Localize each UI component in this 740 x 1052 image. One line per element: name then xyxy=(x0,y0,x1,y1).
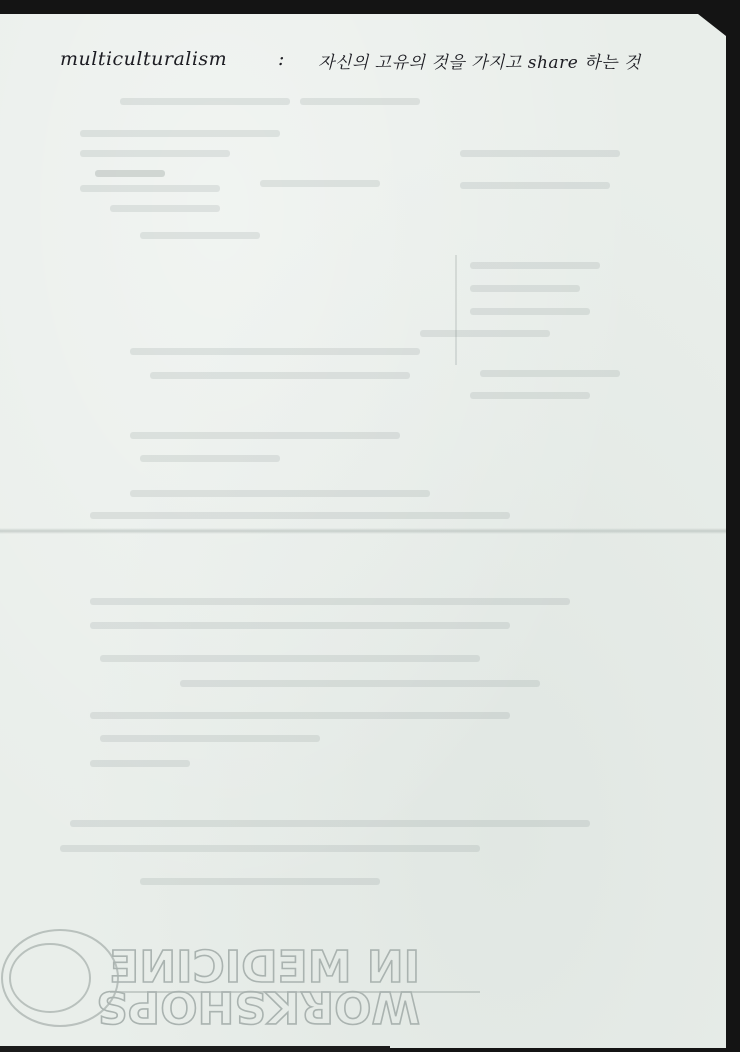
bleed-through-logo: IN MEDICINE WORKSHOPS xyxy=(0,920,480,1040)
heading-definition: 자신의 고유의 것을 가지고 share 하는 것 xyxy=(318,48,641,73)
handwritten-heading: multiculturalism : 자신의 고유의 것을 가지고 share … xyxy=(60,42,720,82)
heading-separator: : xyxy=(278,48,285,70)
paper-sheet: multiculturalism : 자신의 고유의 것을 가지고 share … xyxy=(0,0,726,1048)
scanner-edge-strip xyxy=(0,1046,390,1052)
logo-text-bottom: WORKSHOPS xyxy=(96,981,420,1032)
paper-fold-crease xyxy=(0,528,726,534)
scanned-page: multiculturalism : 자신의 고유의 것을 가지고 share … xyxy=(0,0,740,1052)
heading-term: multiculturalism xyxy=(60,48,227,70)
